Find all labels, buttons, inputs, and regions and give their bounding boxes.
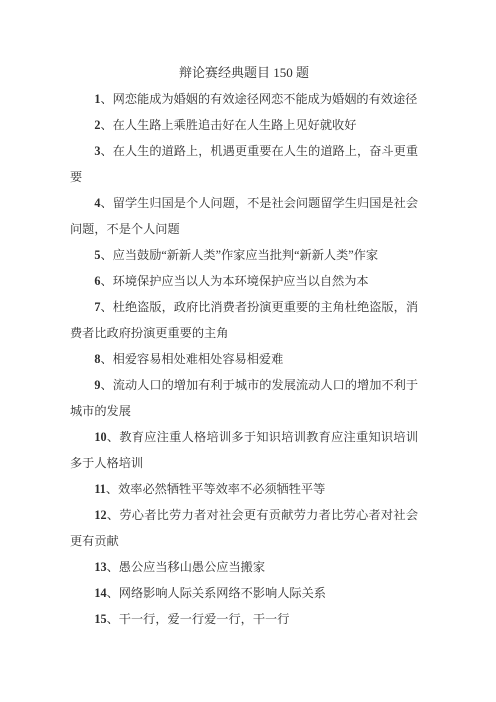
topic-number-separator: 、 xyxy=(107,586,119,600)
topic-text: 网恋能成为婚姻的有效途径网恋不能成为婚姻的有效途径 xyxy=(113,92,418,106)
debate-topic-item: 5、应当鼓励“新新人类”作家应当批判“新新人类”作家 xyxy=(70,242,418,268)
topic-number-separator: 、 xyxy=(107,560,119,574)
topic-number-separator: 、 xyxy=(100,378,112,392)
topic-text: 在人生路上乘胜追击好在人生路上见好就收好 xyxy=(113,118,357,132)
topic-text: 杜绝盗版，政府比消费者扮演更重要的主角杜绝盗版，消费者比政府扮演更重要的主角 xyxy=(70,300,418,340)
topic-text: 相爱容易相处难相处容易相爱难 xyxy=(113,352,284,366)
debate-topic-item: 4、留学生归国是个人问题，不是社会问题留学生归国是社会问题，不是个人问题 xyxy=(70,190,418,242)
topic-number-separator: 、 xyxy=(107,612,119,626)
topic-text: 效率必然牺牲平等效率不必须牺牲平等 xyxy=(118,482,325,496)
document-title: 辩论赛经典题目 150 题 xyxy=(70,59,418,86)
topic-text: 环境保护应当以人为本环境保护应当以自然为本 xyxy=(113,274,369,288)
topic-number: 10 xyxy=(94,430,106,444)
topic-number: 13 xyxy=(94,560,106,574)
topic-number-separator: 、 xyxy=(107,430,120,444)
topic-text: 教育应注重人格培训多于知识培训教育应注重知识培训多于人格培训 xyxy=(70,430,418,470)
debate-topic-item: 12、劳心者比劳力者对社会更有贡献劳力者比劳心者对社会更有贡献 xyxy=(70,502,418,554)
debate-topic-item: 9、流动人口的增加有利于城市的发展流动人口的增加不利于城市的发展 xyxy=(70,372,418,424)
document-page: 辩论赛经典题目 150 题 1、网恋能成为婚姻的有效途径网恋不能成为婚姻的有效途… xyxy=(0,0,496,702)
topic-text: 愚公应当移山愚公应当搬家 xyxy=(119,560,265,574)
topic-number-separator: 、 xyxy=(100,118,112,132)
debate-topic-item: 10、教育应注重人格培训多于知识培训教育应注重知识培训多于人格培训 xyxy=(70,424,418,476)
debate-topic-item: 1、网恋能成为婚姻的有效途径网恋不能成为婚姻的有效途径 xyxy=(70,86,418,112)
topic-number-separator: 、 xyxy=(100,196,112,210)
topic-number-separator: 、 xyxy=(107,508,120,522)
topic-number-separator: 、 xyxy=(100,352,112,366)
topic-number-separator: 、 xyxy=(106,482,118,496)
topic-text: 流动人口的增加有利于城市的发展流动人口的增加不利于城市的发展 xyxy=(70,378,418,418)
topic-text: 网络影响人际关系网络不影响人际关系 xyxy=(119,586,326,600)
debate-topic-item: 8、相爱容易相处难相处容易相爱难 xyxy=(70,346,418,372)
topic-number: 11 xyxy=(94,482,106,496)
debate-topic-item: 14、网络影响人际关系网络不影响人际关系 xyxy=(70,580,418,606)
topic-number-separator: 、 xyxy=(100,92,112,106)
debate-topic-item: 3、在人生的道路上，机遇更重要在人生的道路上，奋斗更重要 xyxy=(70,138,418,190)
debate-topic-item: 2、在人生路上乘胜追击好在人生路上见好就收好 xyxy=(70,112,418,138)
debate-topic-list: 1、网恋能成为婚姻的有效途径网恋不能成为婚姻的有效途径2、在人生路上乘胜追击好在… xyxy=(70,86,418,632)
topic-number-separator: 、 xyxy=(100,274,112,288)
debate-topic-item: 7、杜绝盗版，政府比消费者扮演更重要的主角杜绝盗版，消费者比政府扮演更重要的主角 xyxy=(70,294,418,346)
topic-number-separator: 、 xyxy=(100,300,112,314)
topic-text: 干一行，爱一行爱一行，干一行 xyxy=(119,612,290,626)
debate-topic-item: 15、干一行，爱一行爱一行，干一行 xyxy=(70,606,418,632)
topic-text: 应当鼓励“新新人类”作家应当批判“新新人类”作家 xyxy=(113,248,378,262)
topic-number-separator: 、 xyxy=(100,248,112,262)
topic-number-separator: 、 xyxy=(100,144,112,158)
topic-number: 15 xyxy=(94,612,106,626)
topic-text: 劳心者比劳力者对社会更有贡献劳力者比劳心者对社会更有贡献 xyxy=(70,508,418,548)
debate-topic-item: 13、愚公应当移山愚公应当搬家 xyxy=(70,554,418,580)
debate-topic-item: 11、效率必然牺牲平等效率不必须牺牲平等 xyxy=(70,476,418,502)
debate-topic-item: 6、环境保护应当以人为本环境保护应当以自然为本 xyxy=(70,268,418,294)
topic-text: 留学生归国是个人问题，不是社会问题留学生归国是社会问题，不是个人问题 xyxy=(70,196,418,236)
topic-number: 14 xyxy=(94,586,106,600)
topic-number: 12 xyxy=(94,508,106,522)
topic-text: 在人生的道路上，机遇更重要在人生的道路上，奋斗更重要 xyxy=(70,144,418,184)
